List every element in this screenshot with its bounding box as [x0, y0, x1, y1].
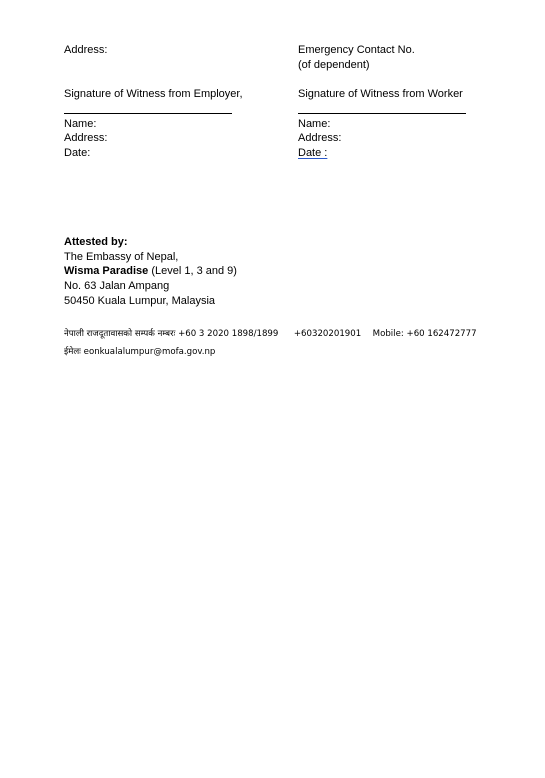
- worker-witness-name-label: Name:: [298, 118, 330, 131]
- employer-witness-address-label: Address:: [64, 132, 107, 145]
- address-label: Address:: [64, 44, 107, 57]
- document-page: Address: Signature of Witness from Emplo…: [0, 0, 545, 778]
- phone-number-1: +60 3 2020 1898/1899: [178, 329, 278, 339]
- contact-email-line: ईमेलः eonkualalumpur@mofa.gov.np: [64, 346, 215, 358]
- email-label: ईमेलः: [64, 347, 81, 357]
- phone-label: नेपाली राजदूतावासको सम्पर्क नम्बरः: [64, 329, 175, 339]
- worker-witness-label: Signature of Witness from Worker: [298, 88, 463, 101]
- emergency-contact-sublabel: (of dependent): [298, 59, 370, 72]
- mobile-number: Mobile: +60 162472777: [373, 329, 477, 339]
- emergency-contact-label: Emergency Contact No.: [298, 44, 415, 57]
- worker-signature-line: [298, 113, 466, 114]
- worker-witness-date-label: Date :: [298, 147, 327, 160]
- embassy-city: 50450 Kuala Lumpur, Malaysia: [64, 295, 215, 308]
- worker-witness-address-label: Address:: [298, 132, 341, 145]
- embassy-name: The Embassy of Nepal,: [64, 251, 178, 264]
- email-address[interactable]: eonkualalumpur@mofa.gov.np: [84, 347, 216, 357]
- phone-number-2: +60320201901: [294, 329, 361, 339]
- employer-witness-label: Signature of Witness from Employer,: [64, 88, 243, 101]
- attested-by-heading: Attested by:: [64, 236, 128, 249]
- employer-witness-date-label: Date:: [64, 147, 90, 160]
- employer-witness-name-label: Name:: [64, 118, 96, 131]
- building-levels: (Level 1, 3 and 9): [148, 265, 237, 277]
- embassy-street: No. 63 Jalan Ampang: [64, 280, 169, 293]
- contact-phone-line: नेपाली राजदूतावासको सम्पर्क नम्बरः +60 3…: [64, 328, 477, 340]
- building-name: Wisma Paradise: [64, 265, 148, 277]
- employer-signature-line: [64, 113, 232, 114]
- embassy-building: Wisma Paradise (Level 1, 3 and 9): [64, 265, 237, 278]
